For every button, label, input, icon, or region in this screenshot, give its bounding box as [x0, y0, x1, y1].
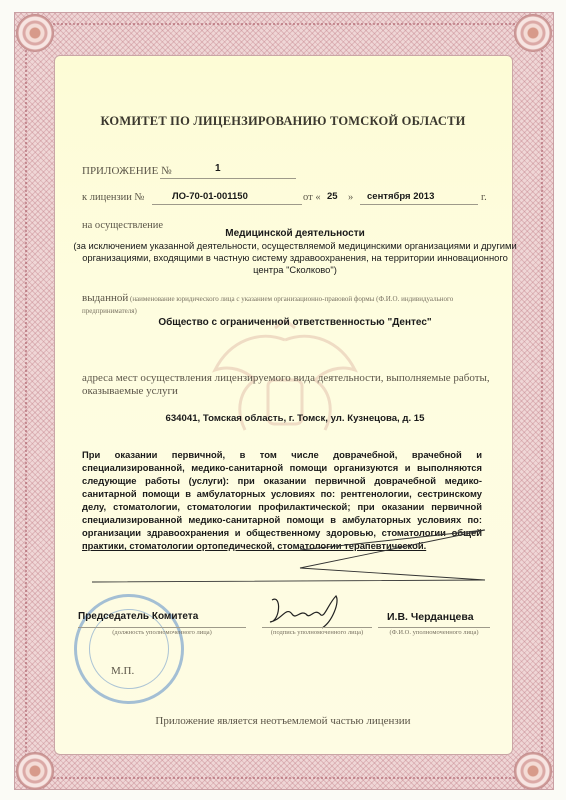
signer-position: Председатель Комитета	[78, 611, 198, 622]
signature-caption: (подпись уполномоченного лица)	[262, 629, 372, 636]
signature-icon	[262, 592, 352, 632]
signer-name-caption: (Ф.И.О. уполномоченного лица)	[378, 629, 490, 636]
signer-position-caption: (должность уполномоченного лица)	[78, 629, 246, 636]
blank-strikeout-lines	[0, 0, 566, 800]
name-line	[378, 627, 490, 628]
signature-line	[262, 627, 372, 628]
signer-name: И.В. Черданцева	[387, 611, 474, 623]
seal-label: М.П.	[111, 665, 134, 677]
footer-note: Приложение является неотъемлемой частью …	[0, 715, 566, 727]
position-line	[78, 627, 246, 628]
